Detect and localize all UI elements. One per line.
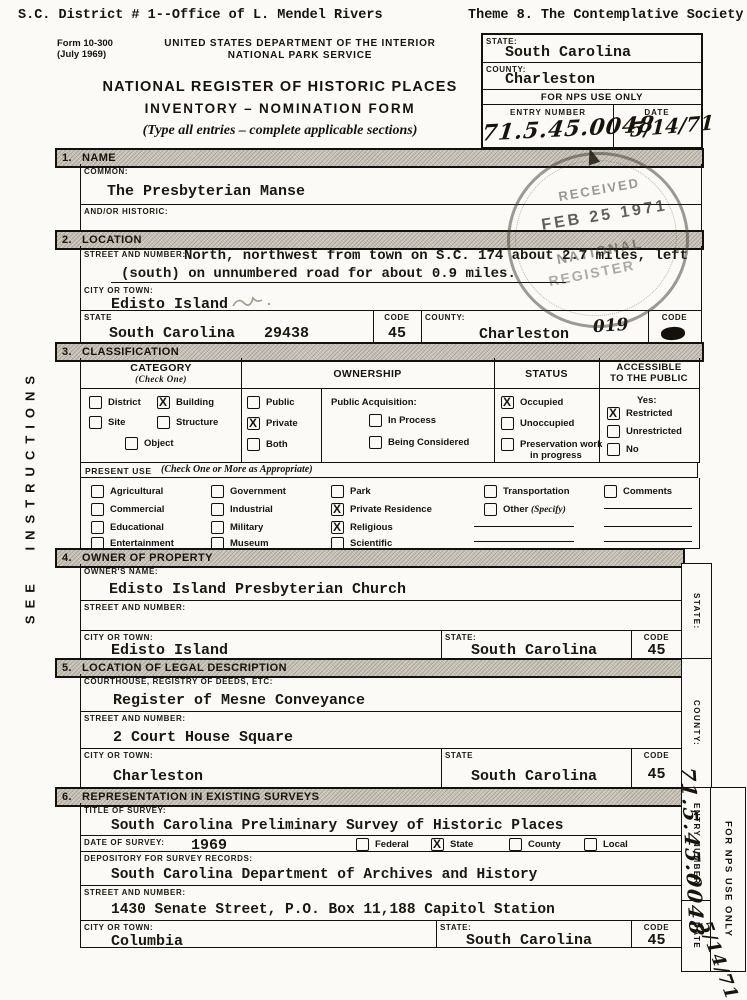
common-name-value: The Presbyterian Manse bbox=[107, 183, 305, 200]
checkbox-box bbox=[501, 417, 514, 430]
checkbox-box bbox=[157, 416, 170, 429]
accessible-header-line1: ACCESSIBLE bbox=[599, 362, 699, 373]
row-line bbox=[81, 920, 682, 921]
checkbox-label: Building bbox=[176, 396, 214, 408]
checkbox-label: Preservation workin progress bbox=[520, 438, 602, 461]
section-1-number: 1. bbox=[57, 152, 82, 164]
checkbox-commercial: Commercial bbox=[91, 503, 164, 516]
right-state-label: STATE: bbox=[692, 593, 701, 630]
other-specify: (Specify) bbox=[531, 505, 566, 515]
pencil-mark bbox=[229, 294, 275, 310]
row-line bbox=[81, 851, 682, 852]
street-label: STREET AND NUMBER: bbox=[84, 603, 186, 612]
checkbox-other: Other (Specify) bbox=[484, 503, 566, 516]
checkbox-label: Religious bbox=[350, 521, 393, 533]
code-label: CODE bbox=[631, 751, 682, 760]
row-line bbox=[81, 835, 682, 836]
street-label: STREET AND NUMBER: bbox=[84, 888, 186, 897]
blank-line bbox=[604, 508, 692, 509]
checkbox-no: No bbox=[607, 443, 639, 456]
survey-title-label: TITLE OF SURVEY: bbox=[84, 806, 166, 815]
street-value-line2: (south) on unnumbered road for about 0.9… bbox=[121, 266, 516, 282]
section-4-number: 4. bbox=[57, 552, 82, 564]
section-6-title: REPRESENTATION IN EXISTING SURVEYS bbox=[82, 791, 319, 803]
section-3-title: CLASSIFICATION bbox=[82, 346, 179, 358]
checkbox-box bbox=[91, 521, 104, 534]
city-label: CITY OR TOWN: bbox=[84, 751, 153, 760]
right-county-label: COUNTY: bbox=[692, 700, 701, 746]
checkbox-label: Unrestricted bbox=[626, 425, 682, 437]
blank-line bbox=[604, 541, 692, 542]
col-divider bbox=[241, 358, 242, 462]
checkbox-label: County bbox=[528, 838, 561, 850]
present-use-label: PRESENT USE bbox=[85, 466, 152, 476]
street-label: STREET AND NUMBER: bbox=[84, 250, 186, 259]
category-header-text: CATEGORY bbox=[81, 362, 241, 374]
checkbox-box bbox=[211, 503, 224, 516]
form-number: Form 10-300 (July 1969) bbox=[57, 38, 113, 60]
state-label: STATE: bbox=[445, 633, 476, 642]
accessible-header-line2: TO THE PUBLIC bbox=[599, 373, 699, 384]
checkbox-occupied: Occupied bbox=[501, 396, 563, 409]
checkbox-district: District bbox=[89, 396, 141, 409]
checkbox-in-process: In Process bbox=[369, 414, 436, 427]
classification-table: CATEGORY (Check One) OWNERSHIP STATUS AC… bbox=[80, 358, 700, 463]
state-code-value: 45 bbox=[373, 325, 421, 342]
section-3-number: 3. bbox=[57, 346, 82, 358]
checkbox-label: Both bbox=[266, 438, 288, 450]
section-1-title: NAME bbox=[82, 152, 116, 164]
courthouse-value: Register of Mesne Conveyance bbox=[113, 692, 365, 709]
checkbox-box bbox=[604, 485, 617, 498]
code-label: CODE bbox=[373, 313, 421, 322]
scanned-nomination-form: S.C. District # 1--Office of L. Mendel R… bbox=[0, 0, 747, 1000]
checkbox-label: Private Residence bbox=[350, 503, 432, 515]
street-value: 2 Court House Square bbox=[113, 729, 293, 746]
checkbox-box bbox=[331, 485, 344, 498]
city-label: CITY OR TOWN: bbox=[84, 286, 153, 295]
checkbox-label: Educational bbox=[110, 521, 164, 533]
right-nps-label: FOR NPS USE ONLY bbox=[723, 821, 734, 938]
form-number-line1: Form 10-300 bbox=[57, 38, 113, 49]
state-value: South Carolina bbox=[505, 44, 631, 61]
checkbox-box bbox=[369, 436, 382, 449]
street-underline bbox=[111, 282, 566, 283]
code-label: CODE bbox=[631, 923, 682, 932]
section-6-number: 6. bbox=[57, 791, 82, 803]
checkbox-box bbox=[247, 417, 260, 430]
public-acquisition-label: Public Acquisition: bbox=[331, 396, 417, 408]
checkbox-comments: Comments bbox=[604, 485, 672, 498]
checkbox-county: County bbox=[509, 838, 561, 851]
cell-divider bbox=[441, 748, 442, 787]
checkbox-private-residence: Private Residence bbox=[331, 503, 432, 516]
code-value: 45 bbox=[631, 932, 682, 949]
see-instructions-vertical: SEE INSTRUCTIONS bbox=[23, 327, 38, 667]
checkbox-label: Industrial bbox=[230, 503, 273, 515]
checkbox-box bbox=[331, 503, 344, 516]
checkbox-label: District bbox=[108, 396, 141, 408]
county-value: Charleston bbox=[479, 326, 569, 343]
row-line bbox=[81, 711, 682, 712]
checkbox-box bbox=[125, 437, 138, 450]
checkbox-military: Military bbox=[211, 521, 263, 534]
form-title-line2: INVENTORY – NOMINATION FORM bbox=[60, 101, 500, 116]
right-margin-state-strip: STATE: bbox=[681, 563, 712, 660]
state-field: STATE: South Carolina bbox=[483, 35, 701, 62]
street-value: 1430 Senate Street, P.O. Box 11,188 Capi… bbox=[111, 902, 555, 918]
row-line bbox=[81, 885, 682, 886]
state-label: STATE bbox=[84, 313, 112, 322]
checkbox-label: Site bbox=[108, 416, 125, 428]
checkbox-box bbox=[501, 396, 514, 409]
table-header-line bbox=[81, 388, 699, 389]
col-divider bbox=[494, 358, 495, 462]
ownership-header: OWNERSHIP bbox=[241, 368, 494, 380]
checkbox-object: Object bbox=[125, 437, 174, 450]
checkbox-label: Unoccupied bbox=[520, 417, 574, 429]
checkbox-religious: Religious bbox=[331, 521, 393, 534]
form-title-line1: NATIONAL REGISTER OF HISTORIC PLACES bbox=[60, 79, 500, 95]
blank-line bbox=[604, 526, 692, 527]
status-line2: in progress bbox=[520, 450, 582, 461]
state-value: South Carolina bbox=[471, 642, 597, 659]
code-value: 45 bbox=[631, 642, 682, 659]
city-label: CITY OR TOWN: bbox=[84, 633, 153, 642]
section-6-body: TITLE OF SURVEY: South Carolina Prelimin… bbox=[80, 803, 683, 948]
checkbox-federal: Federal bbox=[356, 838, 409, 851]
state-value: South Carolina bbox=[109, 325, 235, 342]
county-code-obscured-blob bbox=[661, 326, 686, 341]
checkbox-label: Being Considered bbox=[388, 436, 469, 448]
checkbox-box bbox=[89, 416, 102, 429]
county-field: COUNTY: Charleston bbox=[483, 62, 701, 90]
survey-title-value: South Carolina Preliminary Survey of His… bbox=[111, 818, 563, 834]
checkbox-box bbox=[247, 438, 260, 451]
cell-divider bbox=[441, 630, 442, 658]
checkbox-box bbox=[247, 396, 260, 409]
form-number-line2: (July 1969) bbox=[57, 49, 113, 60]
historic-label: AND/OR HISTORIC: bbox=[84, 207, 168, 216]
nps-use-only-band: FOR NPS USE ONLY bbox=[483, 89, 701, 104]
checkbox-label: State bbox=[450, 838, 473, 850]
checkbox-box bbox=[356, 838, 369, 851]
checkbox-label: Government bbox=[230, 485, 286, 497]
checkbox-box bbox=[431, 838, 444, 851]
checkbox-label: Park bbox=[350, 485, 371, 497]
checkbox-both: Both bbox=[247, 438, 288, 451]
cell-divider bbox=[436, 920, 437, 947]
checkbox-public: Public bbox=[247, 396, 295, 409]
checkbox-label: Other (Specify) bbox=[503, 503, 566, 516]
checkbox-box bbox=[484, 485, 497, 498]
city-value: Charleston bbox=[113, 768, 203, 785]
checkbox-box bbox=[211, 521, 224, 534]
yes-label: Yes: bbox=[637, 394, 657, 406]
status-header: STATUS bbox=[494, 368, 599, 380]
row-line bbox=[81, 630, 682, 631]
checkbox-box bbox=[607, 425, 620, 438]
row-line bbox=[81, 748, 682, 749]
checkbox-industrial: Industrial bbox=[211, 503, 273, 516]
department-heading: UNITED STATES DEPARTMENT OF THE INTERIOR… bbox=[135, 38, 465, 62]
department-line2: NATIONAL PARK SERVICE bbox=[135, 50, 465, 62]
survey-date-label: DATE OF SURVEY: bbox=[84, 838, 165, 847]
present-use-body: Agricultural Commercial Educational Ente… bbox=[80, 478, 700, 549]
checkbox-private: Private bbox=[247, 417, 298, 430]
status-line1: Preservation work bbox=[520, 439, 602, 450]
checkbox-state: State bbox=[431, 838, 473, 851]
checkbox-label: In Process bbox=[388, 414, 436, 426]
checkbox-box bbox=[211, 485, 224, 498]
checkbox-label: Occupied bbox=[520, 396, 563, 408]
checkbox-government: Government bbox=[211, 485, 286, 498]
blank-line bbox=[474, 526, 574, 527]
checkbox-label: Object bbox=[144, 437, 174, 449]
code-label: CODE bbox=[648, 313, 701, 322]
street-label: STREET AND NUMBER: bbox=[84, 714, 186, 723]
state-value: South Carolina bbox=[471, 768, 597, 785]
checkbox-box bbox=[91, 503, 104, 516]
common-label: COMMON: bbox=[84, 167, 128, 176]
state-value: South Carolina bbox=[466, 932, 592, 949]
checkbox-structure: Structure bbox=[157, 416, 218, 429]
checkbox-box bbox=[89, 396, 102, 409]
county-label: COUNTY: bbox=[425, 313, 465, 322]
checkbox-being-considered: Being Considered bbox=[369, 436, 469, 449]
cell-divider bbox=[421, 310, 422, 342]
theme-note: Theme 8. The Contemplative Society bbox=[468, 8, 743, 23]
owner-name-value: Edisto Island Presbyterian Church bbox=[109, 581, 406, 598]
section-5-number: 5. bbox=[57, 662, 82, 674]
checkbox-label: Comments bbox=[623, 485, 672, 497]
row-line bbox=[81, 600, 682, 601]
section-2-number: 2. bbox=[57, 234, 82, 246]
county-value: Charleston bbox=[505, 71, 595, 88]
city-value: Edisto Island bbox=[111, 642, 228, 659]
zip-value: 29438 bbox=[264, 325, 309, 342]
checkbox-box bbox=[369, 414, 382, 427]
code-value: 45 bbox=[631, 766, 682, 783]
checkbox-label: Local bbox=[603, 838, 628, 850]
checkbox-label: Structure bbox=[176, 416, 218, 428]
checkbox-unrestricted: Unrestricted bbox=[607, 425, 682, 438]
ownership-sub-divider bbox=[321, 388, 322, 462]
depository-label: DEPOSITORY FOR SURVEY RECORDS: bbox=[84, 854, 253, 863]
checkbox-label: Commercial bbox=[110, 503, 164, 515]
blank-line bbox=[474, 541, 574, 542]
present-use-band: PRESENT USE (Check One or More as Approp… bbox=[80, 462, 698, 478]
type-all-entries-note: (Type all entries – complete applicable … bbox=[60, 123, 500, 139]
code-label: CODE bbox=[631, 633, 682, 642]
courthouse-label: COURTHOUSE, REGISTRY OF DEEDS, ETC: bbox=[84, 677, 273, 686]
checkbox-label: Military bbox=[230, 521, 263, 533]
checkbox-label: Public bbox=[266, 396, 295, 408]
checkbox-box bbox=[607, 407, 620, 420]
city-value: Columbia bbox=[111, 933, 183, 950]
checkbox-agricultural: Agricultural bbox=[91, 485, 163, 498]
section-4-title: OWNER OF PROPERTY bbox=[82, 552, 213, 564]
other-label: Other bbox=[503, 504, 528, 515]
checkbox-box bbox=[91, 485, 104, 498]
section-5-body: COURTHOUSE, REGISTRY OF DEEDS, ETC: Regi… bbox=[80, 674, 683, 787]
checkbox-building: Building bbox=[157, 396, 214, 409]
owner-name-label: OWNER'S NAME: bbox=[84, 567, 158, 576]
section-4-body: OWNER'S NAME: Edisto Island Presbyterian… bbox=[80, 564, 683, 658]
checkbox-box bbox=[501, 438, 514, 451]
checkbox-educational: Educational bbox=[91, 521, 164, 534]
department-line1: UNITED STATES DEPARTMENT OF THE INTERIOR bbox=[135, 38, 465, 50]
checkbox-box bbox=[157, 396, 170, 409]
district-note: S.C. District # 1--Office of L. Mendel R… bbox=[18, 8, 383, 23]
checkbox-preservation-work: Preservation workin progress bbox=[501, 438, 602, 461]
checkbox-label: Federal bbox=[375, 838, 409, 850]
checkbox-box bbox=[509, 838, 522, 851]
checkbox-box bbox=[484, 503, 497, 516]
checkbox-restricted: Restricted bbox=[607, 407, 672, 420]
checkbox-label: Transportation bbox=[503, 485, 570, 497]
section-2-title: LOCATION bbox=[82, 234, 142, 246]
state-label: STATE: bbox=[440, 923, 471, 932]
accessible-header: ACCESSIBLE TO THE PUBLIC bbox=[599, 362, 699, 384]
category-subtext: (Check One) bbox=[81, 374, 241, 384]
checkbox-transportation: Transportation bbox=[484, 485, 570, 498]
checkbox-box bbox=[584, 838, 597, 851]
checkbox-box bbox=[607, 443, 620, 456]
checkbox-park: Park bbox=[331, 485, 371, 498]
checkbox-label: Agricultural bbox=[110, 485, 163, 497]
state-label: STATE bbox=[445, 751, 473, 760]
city-label: CITY OR TOWN: bbox=[84, 923, 153, 932]
checkbox-unoccupied: Unoccupied bbox=[501, 417, 574, 430]
checkbox-local: Local bbox=[584, 838, 628, 851]
present-use-subtext: (Check One or More as Appropriate) bbox=[161, 464, 313, 475]
checkbox-site: Site bbox=[89, 416, 125, 429]
section-5-title: LOCATION OF LEGAL DESCRIPTION bbox=[82, 662, 287, 674]
checkbox-label: No bbox=[626, 443, 639, 455]
checkbox-label: Private bbox=[266, 417, 298, 429]
checkbox-box bbox=[331, 521, 344, 534]
category-header: CATEGORY (Check One) bbox=[81, 362, 241, 384]
depository-value: South Carolina Department of Archives an… bbox=[111, 867, 537, 883]
checkbox-label: Restricted bbox=[626, 407, 672, 419]
